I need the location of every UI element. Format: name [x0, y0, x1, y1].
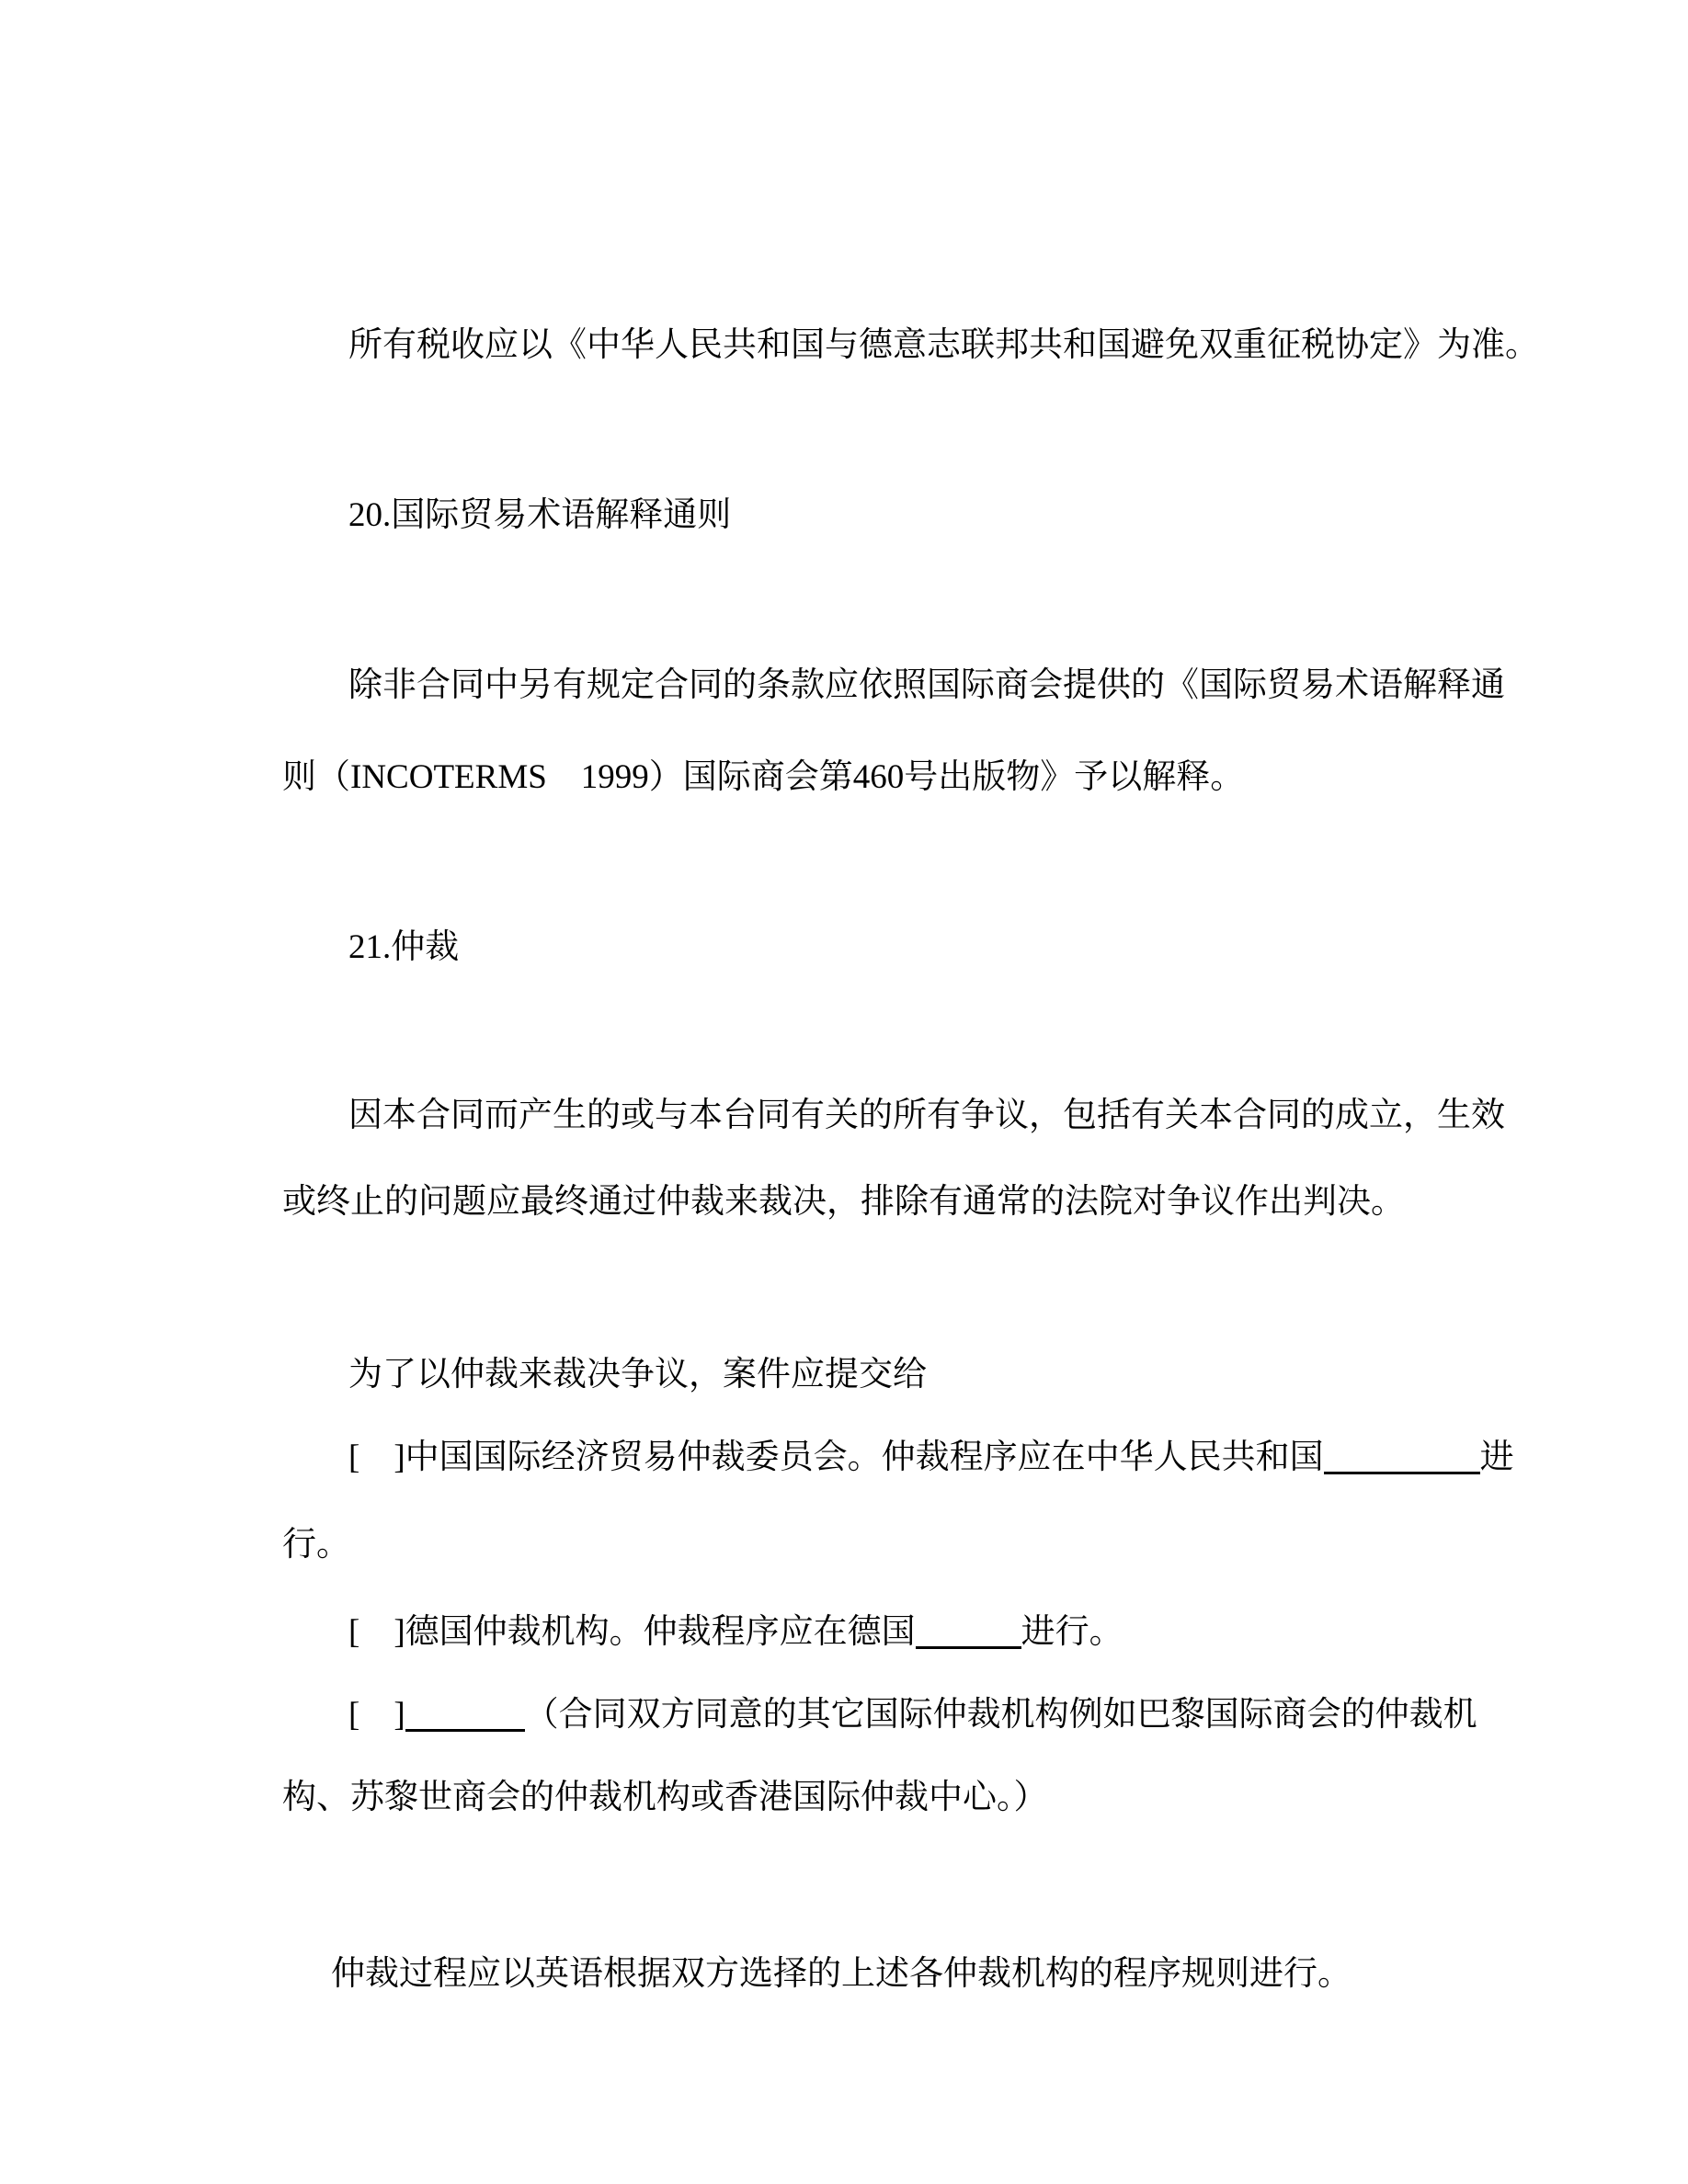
- arbitration-language-clause-label: 仲裁过程应以英语根据双方选择的上述各仲裁机构的程序规则进行。: [331, 1955, 1352, 1993]
- clause-tax-treaty-label: 所有税收应以《中华人民共和国与德意志联邦共和国避免双重征税协定》为准。: [348, 326, 1539, 364]
- blank-underline-germany-location: [916, 1622, 1021, 1649]
- checkbox-brackets: [ ]: [348, 1439, 405, 1476]
- heading-clause-21-label: 21.仲裁: [348, 928, 459, 966]
- clause-20-body-line1-label: 除非合同中另有规定合同的条款应依照国际商会提供的《国际贸易术语解释通: [348, 666, 1505, 704]
- clause-20-body-line2: 则（INCOTERMS 1999）国际商会第460号出版物》予以解释。: [248, 719, 1244, 836]
- arbitration-option-other-text: （合同双方同意的其它国际仲裁机构例如巴黎国际商会的仲裁机: [525, 1696, 1477, 1734]
- blank-underline-china-location: [1324, 1448, 1480, 1474]
- heading-clause-20: 20.国际贸易术语解释通则: [314, 457, 731, 574]
- checkbox-brackets: [ ]: [348, 1613, 405, 1651]
- clause-20-body-line2-label: 则（INCOTERMS 1999）国际商会第460号出版物》予以解释。: [282, 758, 1244, 796]
- arbitration-option-germany-text: 德国仲裁机构。仲裁程序应在德国: [405, 1613, 916, 1651]
- clause-21-body-line1-label: 因本合同而产生的或与本台同有关的所有争议，包括有关本合同的成立，生效: [348, 1097, 1505, 1134]
- document-page: 所有税收应以《中华人民共和国与德意志联邦共和国避免双重征税协定》为准。 20.国…: [0, 0, 1688, 2184]
- arbitration-option-cietac-continuation-label: 行。: [282, 1526, 350, 1564]
- clause-21-body-line2: 或终止的问题应最终通过仲裁来裁决，排除有通常的法院对争议作出判决。: [248, 1143, 1405, 1261]
- arbitration-language-clause: 仲裁过程应以英语根据双方选择的上述各仲裁机构的程序规则进行。: [297, 1916, 1352, 2033]
- heading-clause-21: 21.仲裁: [314, 889, 459, 1007]
- heading-clause-20-label: 20.国际贸易术语解释通则: [348, 496, 731, 534]
- arbitration-option-germany-text-after-blank: 进行。: [1021, 1613, 1123, 1651]
- arbitration-submission-intro-label: 为了以仲裁来裁决争议，案件应提交给: [348, 1356, 927, 1393]
- arbitration-option-cietac-text: 中国国际经济贸易仲裁委员会。仲裁程序应在中华人民共和国: [405, 1439, 1324, 1476]
- checkbox-brackets: [ ]: [348, 1696, 405, 1734]
- arbitration-option-other-continuation-label: 构、苏黎世商会的仲裁机构或香港国际仲裁中心。）: [282, 1779, 1048, 1816]
- arbitration-option-cietac: [ ]中国国际经济贸易仲裁委员会。仲裁程序应在中华人民共和国进: [314, 1399, 1514, 1517]
- arbitration-option-other-continuation: 构、苏黎世商会的仲裁机构或香港国际仲裁中心。）: [248, 1739, 1048, 1857]
- arbitration-option-cietac-text-after-blank: 进: [1480, 1439, 1514, 1476]
- clause-21-body-line2-label: 或终止的问题应最终通过仲裁来裁决，排除有通常的法院对争议作出判决。: [282, 1183, 1405, 1221]
- blank-underline-other-institution: [405, 1705, 525, 1732]
- clause-tax-treaty-text: 所有税收应以《中华人民共和国与德意志联邦共和国避免双重征税协定》为准。: [314, 287, 1539, 404]
